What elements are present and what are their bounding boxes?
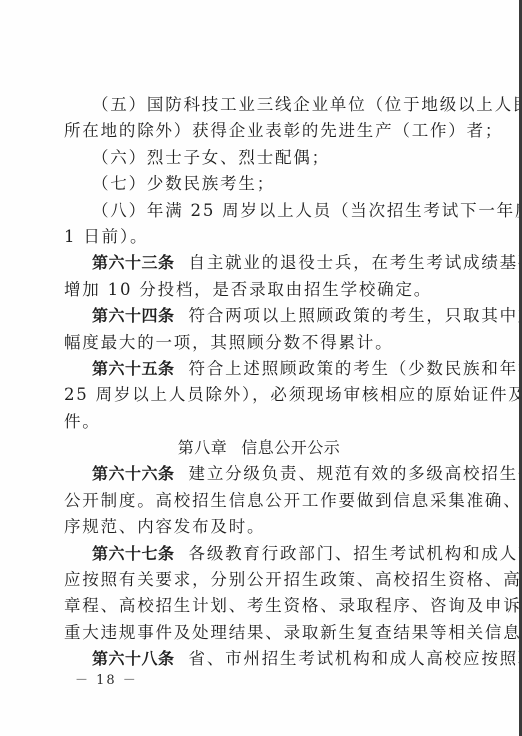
article-text-cont: 章程、高校招生计划、考生资格、录取程序、咨询及申诉渠道、 [64,593,454,619]
article-text-cont: 重大违规事件及处理结果、录取新生复查结果等相关信息。 [64,620,454,646]
list-item-5: （五）国防科技工业三线企业单位（位于地级以上人民政府 [64,92,454,118]
page-body: （五）国防科技工业三线企业单位（位于地级以上人民政府 所在地的除外）获得企业表彰… [64,92,454,673]
article-text: 建立分级负责、规范有效的多级高校招生信息 [189,464,522,483]
list-item-6: （六）烈士子女、烈士配偶； [64,145,454,171]
article-label: 第六十八条 [92,649,175,668]
article-label: 第六十三条 [92,253,175,272]
chapter-number: 第八章 [178,438,228,457]
article-67: 第六十七条各级教育行政部门、招生考试机构和成人高校 应按照有关要求，分别公开招生… [64,541,454,647]
article-text: 符合两项以上照顾政策的考生，只取其中加分 [189,306,522,325]
article-text: 符合上述照顾政策的考生（少数民族和年满 [189,359,522,378]
list-item-5-cont: 所在地的除外）获得企业表彰的先进生产（工作）者； [64,118,454,144]
article-text-cont: 增加 10 分投档，是否录取由招生学校确定。 [64,277,454,303]
document-page: （五）国防科技工业三线企业单位（位于地级以上人民政府 所在地的除外）获得企业表彰… [0,0,519,736]
article-66: 第六十六条建立分级负责、规范有效的多级高校招生信息 公开制度。高校招生信息公开工… [64,461,454,540]
chapter-heading: 第八章信息公开公示 [64,435,454,461]
article-text-cont: 幅度最大的一项，其照顾分数不得累计。 [64,330,454,356]
article-63: 第六十三条自主就业的退役士兵，在考生考试成绩基础上 增加 10 分投档，是否录取… [64,250,454,303]
list-item-7: （七）少数民族考生； [64,171,454,197]
article-label: 第六十四条 [92,306,175,325]
article-64: 第六十四条符合两项以上照顾政策的考生，只取其中加分 幅度最大的一项，其照顾分数不… [64,303,454,356]
article-label: 第六十七条 [92,544,175,563]
article-text: 省、市州招生考试机构和成人高校应按照职责 [189,649,522,668]
article-text-cont: 件。 [64,409,454,435]
list-item-8: （八）年满 25 周岁以上人员（当次招生考试下一年度 3 月 [64,198,454,224]
article-text: 各级教育行政部门、招生考试机构和成人高校 [189,544,522,563]
article-label: 第六十五条 [92,359,175,378]
page-number: － 18 － [75,669,138,688]
article-65: 第六十五条符合上述照顾政策的考生（少数民族和年满 25 周岁以上人员除外），必须… [64,356,454,435]
chapter-title: 信息公开公示 [241,438,340,457]
list-item-8-cont: 1 日前）。 [64,224,454,250]
article-text: 自主就业的退役士兵，在考生考试成绩基础上 [189,253,522,272]
article-text-cont: 应按照有关要求，分别公开招生政策、高校招生资格、高校招生 [64,567,454,593]
article-text-cont: 序规范、内容发布及时。 [64,514,454,540]
article-text-cont: 公开制度。高校招生信息公开工作要做到信息采集准确、公开程 [64,488,454,514]
article-label: 第六十六条 [92,464,175,483]
article-text-cont: 25 周岁以上人员除外），必须现场审核相应的原始证件及复印 [64,382,454,408]
